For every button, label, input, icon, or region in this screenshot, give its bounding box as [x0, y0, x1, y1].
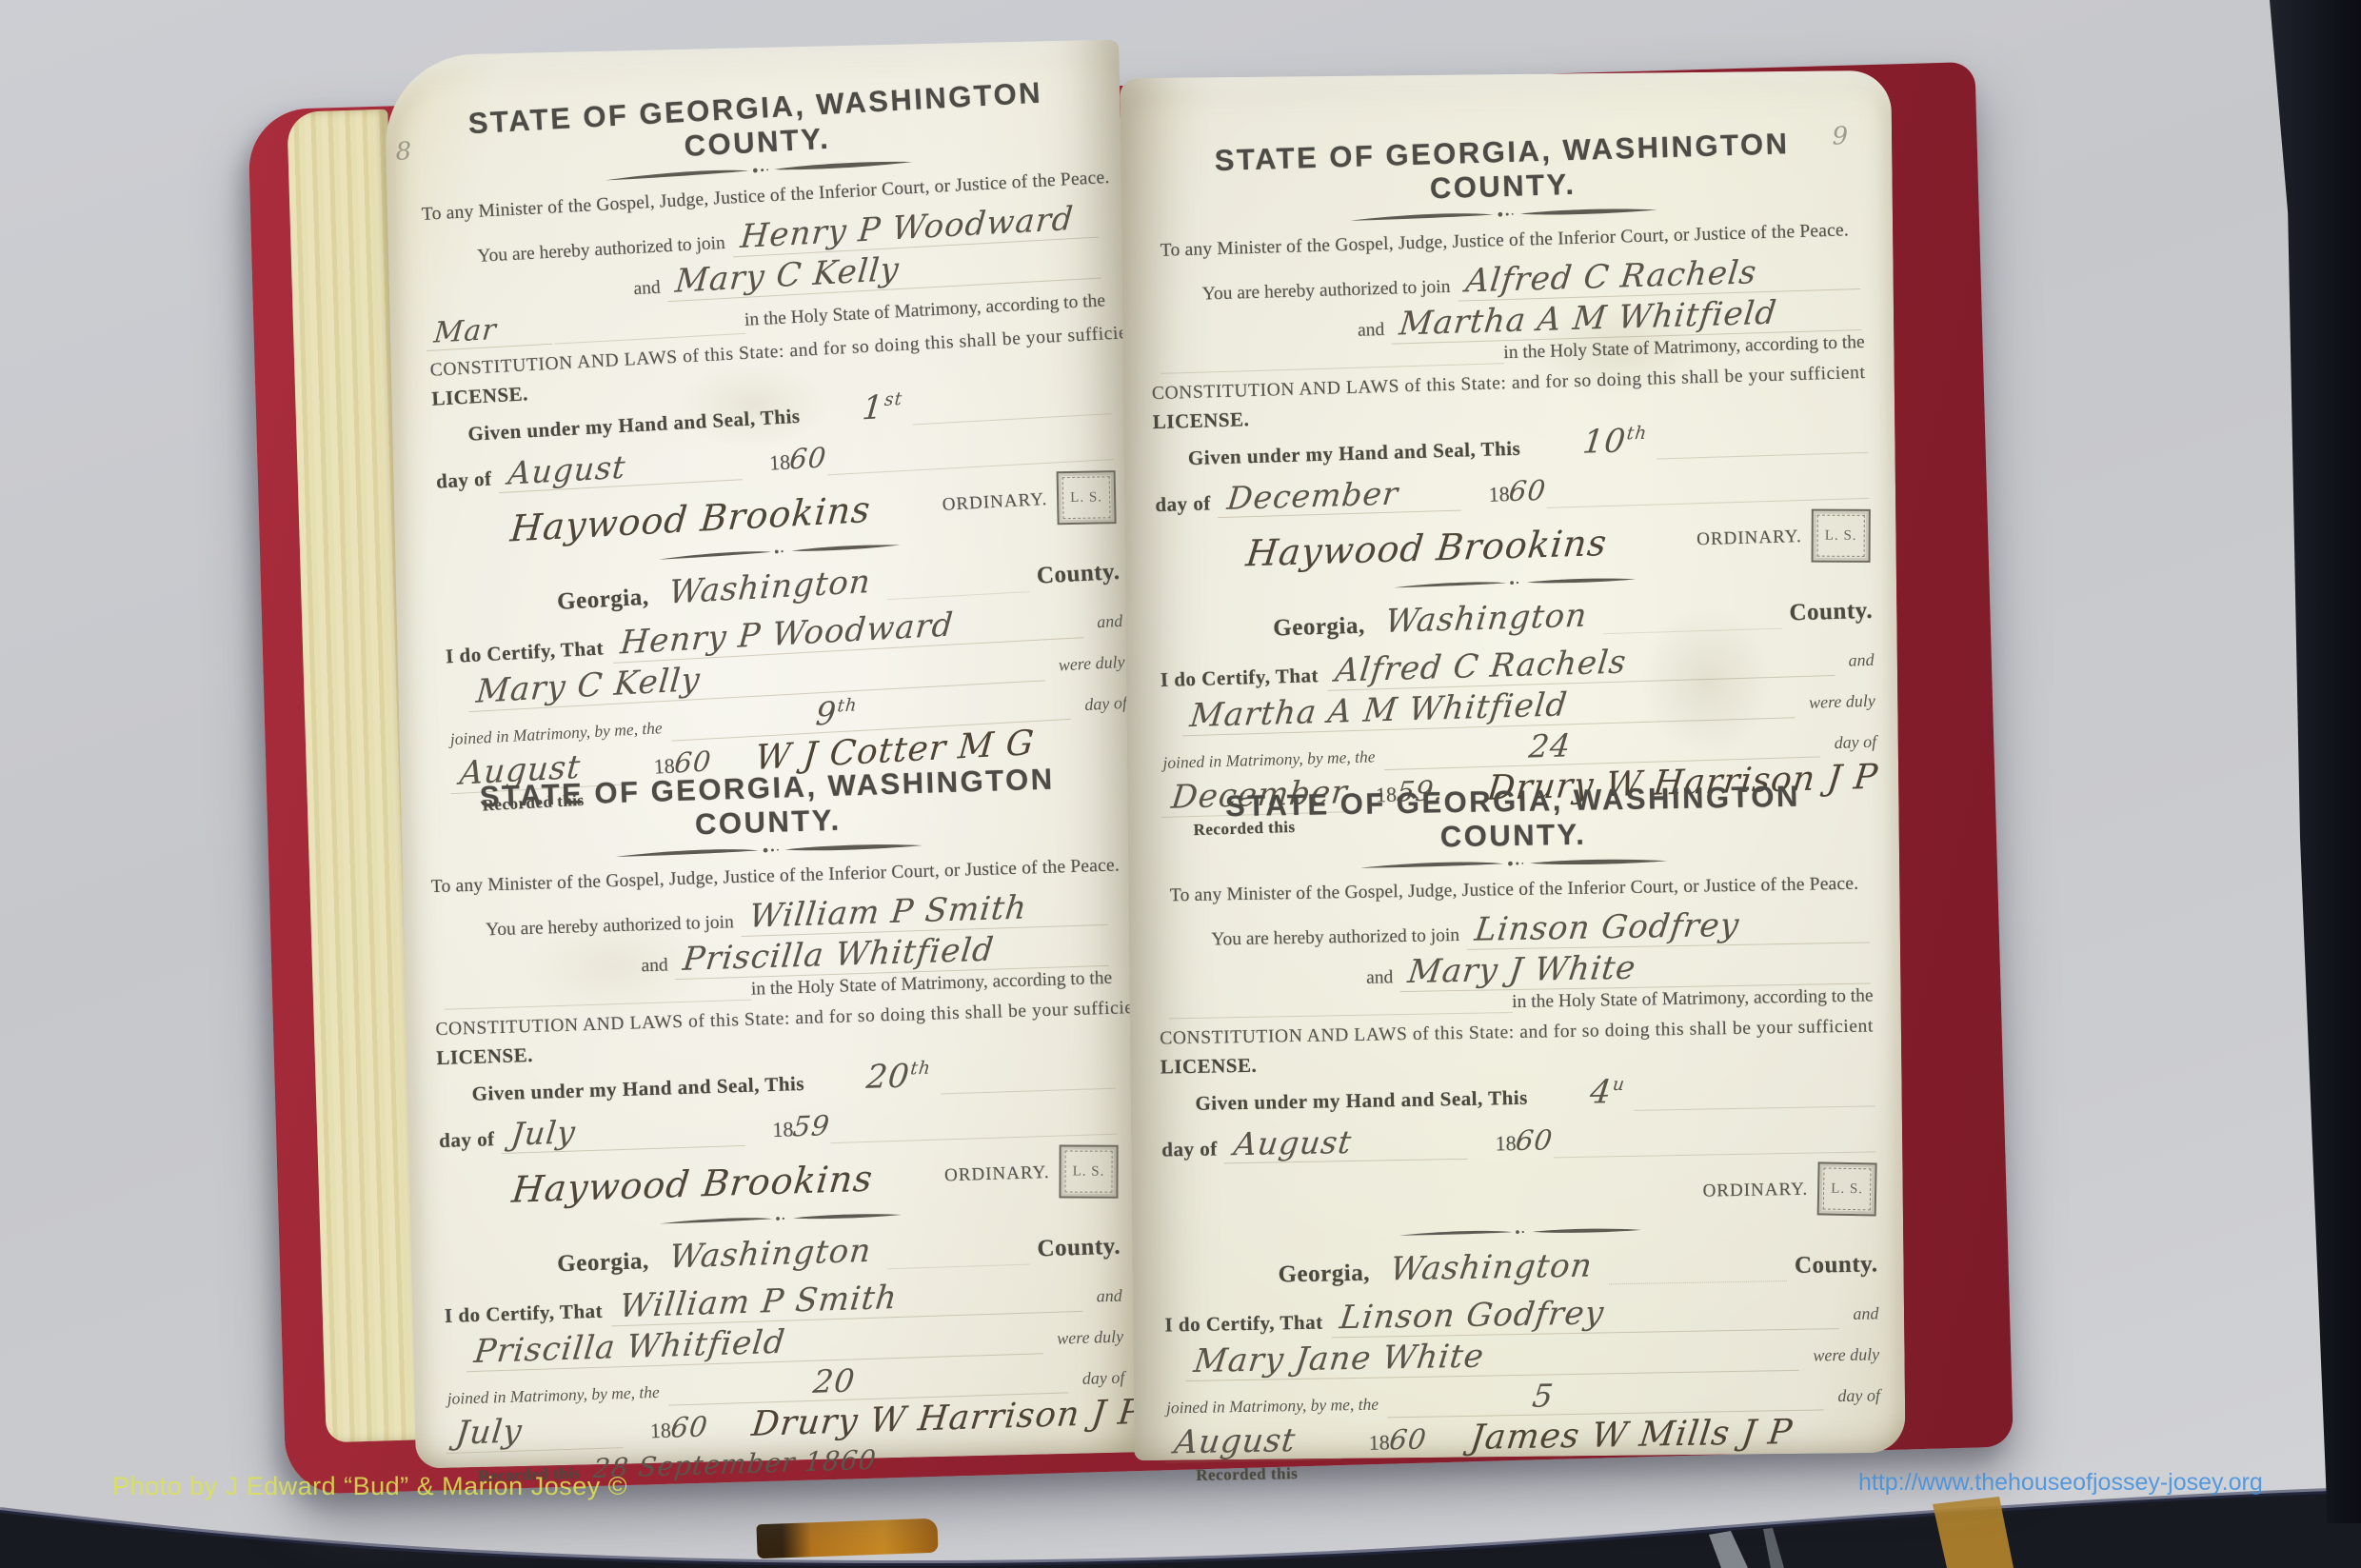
website-watermark: http://www.thehouseofjossey-josey.org — [1858, 1469, 2263, 1497]
county-label: County. — [1795, 1251, 1878, 1280]
ls-seal: L. S. — [1812, 509, 1871, 563]
blank-rule — [445, 996, 752, 1010]
record-slot: STATE OF GEORGIA, WASHINGTON COUNTY. To … — [1121, 131, 1892, 139]
day-of-right-label: day of — [1082, 1368, 1125, 1389]
georgia-label: Georgia, — [556, 585, 649, 616]
were-duly-label: were duly — [1813, 1344, 1879, 1365]
year-handwritten-suffix: 59 — [791, 1109, 832, 1142]
joined-label: joined in Matrimony, by me, the — [1162, 746, 1376, 773]
and-right-label: and — [1097, 611, 1123, 632]
seal-text: L. S. — [1825, 527, 1857, 544]
county-label: County. — [1037, 1234, 1121, 1263]
authorize-label: You are hereby authorized to join — [486, 912, 734, 941]
stray-handwriting: Mar — [427, 310, 555, 351]
license-year: 1860 — [1488, 474, 1547, 508]
photo-of-record-book: { "page_numbers": { "left": "8", "right"… — [0, 0, 2361, 1568]
were-duly-label: were duly — [1058, 652, 1125, 676]
marriage-license-record: STATE OF GEORGIA, WASHINGTON COUNTY. To … — [1144, 125, 1878, 841]
year-printed-prefix: 18 — [1368, 1430, 1389, 1454]
county-entry: Washington — [1376, 596, 1597, 641]
ordinary-label: ORDINARY. — [942, 489, 1048, 516]
ordinary-signature: Haywood Brookins — [438, 1155, 946, 1213]
license-day-number: 4 — [1588, 1073, 1615, 1111]
year-handwritten-suffix: 60 — [788, 441, 828, 475]
license-day-entry: 4u — [1578, 1073, 1637, 1112]
day-of-label: day of — [1161, 1137, 1218, 1161]
cert-day-number: 24 — [1527, 726, 1573, 764]
and-right-label: and — [1853, 1303, 1878, 1323]
blank-rule — [1547, 494, 1870, 508]
license-month-entry: December — [1218, 472, 1465, 518]
ls-seal: L. S. — [1059, 1145, 1118, 1199]
and-label: and — [633, 278, 661, 300]
ls-seal: L. S. — [1817, 1161, 1877, 1216]
ordinary-signature — [1162, 1192, 1702, 1201]
license-label: LICENSE. — [1152, 407, 1249, 434]
photo-credit-watermark: Photo by J Edward “Bud” & Marion Josey © — [112, 1472, 627, 1501]
address-line: To any Minister of the Gospel, Judge, Ju… — [1157, 873, 1871, 906]
license-day-entry: 20th — [856, 1056, 942, 1097]
year-printed-prefix: 18 — [649, 1418, 671, 1442]
county-label: County. — [1789, 598, 1873, 627]
cert-day-ordinal: th — [837, 695, 859, 716]
blank-rule — [831, 1130, 1118, 1143]
georgia-label: Georgia, — [557, 1248, 649, 1278]
certify-label: I do Certify, That — [445, 636, 604, 668]
seal-text: L. S. — [1070, 489, 1102, 506]
matrimony-line: in the Holy State of Matrimony, accordin… — [744, 290, 1105, 330]
blank-rule — [1554, 1147, 1876, 1158]
and-right-label: and — [1096, 1286, 1122, 1307]
license-label: LICENSE. — [1161, 1054, 1258, 1080]
county-entry: Washington — [660, 563, 880, 613]
bride-name-entry: Mary J White — [1400, 944, 1875, 992]
blank-rule — [1161, 359, 1504, 374]
dark-background-edge — [2209, 0, 2361, 1523]
license-month-entry: August — [500, 442, 746, 493]
year-handwritten-suffix: 60 — [669, 1410, 710, 1443]
authorize-label: You are hereby authorized to join — [1211, 925, 1459, 951]
marriage-license-record: STATE OF GEORGIA, WASHINGTON COUNTY. To … — [427, 761, 1127, 1489]
certify-label: I do Certify, That — [1164, 1311, 1323, 1338]
marriage-license-record: STATE OF GEORGIA, WASHINGTON COUNTY. To … — [416, 73, 1131, 817]
cert-month-entry: July — [446, 1409, 627, 1454]
record-slot: STATE OF GEORGIA, WASHINGTON COUNTY. To … — [385, 83, 1120, 100]
georgia-label: Georgia, — [1273, 613, 1365, 643]
small-orange-object — [756, 1518, 938, 1559]
year-handwritten-suffix: 60 — [1388, 1422, 1429, 1456]
county-entry: Washington — [1380, 1246, 1602, 1288]
year-printed-prefix: 18 — [772, 1117, 794, 1141]
license-day-number: 20 — [865, 1057, 913, 1097]
ordinary-label: ORDINARY. — [1702, 1180, 1808, 1202]
year-printed-prefix: 18 — [1495, 1131, 1516, 1155]
authorize-label: You are hereby authorized to join — [1202, 277, 1451, 306]
given-label: Given under my Hand and Seal, This — [1188, 437, 1521, 470]
seal-text: L. S. — [1831, 1181, 1863, 1198]
license-month-entry: July — [502, 1108, 749, 1154]
matrimony-line: in the Holy State of Matrimony, accordin… — [1512, 985, 1874, 1013]
cert-year: 1860 — [1368, 1422, 1426, 1456]
joined-label: joined in Matrimony, by me, the — [446, 1382, 660, 1409]
certify-label: I do Certify, That — [1161, 664, 1319, 692]
year-handwritten-suffix: 60 — [1508, 474, 1549, 507]
cert-day-number: 20 — [811, 1361, 857, 1400]
year-handwritten-suffix: 60 — [1515, 1123, 1556, 1157]
license-day-number: 1 — [861, 388, 885, 427]
license-day-entry: 1st — [851, 387, 913, 428]
license-day-ordinal: u — [1612, 1075, 1627, 1095]
cert-month-entry: August — [1164, 1420, 1346, 1462]
right-page[interactable]: 9 STATE OF GEORGIA, WASHINGTON COUNTY. T… — [1120, 70, 1905, 1460]
license-day-ordinal: st — [883, 389, 903, 410]
year-printed-prefix: 18 — [768, 449, 790, 474]
ordinary-label: ORDINARY. — [1696, 526, 1802, 550]
given-label: Given under my Hand and Seal, This — [467, 405, 801, 447]
blank-rule — [887, 1260, 1030, 1270]
officiant-signature: James W Mills J P — [1468, 1413, 1795, 1458]
certify-label: I do Certify, That — [445, 1300, 604, 1328]
ordinary-label: ORDINARY. — [944, 1162, 1050, 1186]
given-label: Given under my Hand and Seal, This — [471, 1072, 804, 1106]
license-year: 1859 — [772, 1109, 831, 1143]
ordinary-signature: Haywood Brookins — [1155, 519, 1699, 577]
were-duly-label: were duly — [1809, 691, 1875, 713]
license-day-entry: 10th — [1572, 421, 1658, 462]
day-of-right-label: day of — [1837, 1385, 1880, 1406]
blank-rule — [554, 329, 745, 345]
day-of-right-label: day of — [1084, 693, 1128, 715]
county-entry: Washington — [660, 1231, 881, 1276]
cert-day-number: 9 — [814, 694, 838, 732]
license-label: LICENSE. — [436, 1043, 533, 1070]
and-label: and — [1366, 967, 1394, 988]
marriage-license-record: STATE OF GEORGIA, WASHINGTON COUNTY. To … — [1156, 778, 1882, 1485]
and-label: and — [1358, 320, 1385, 342]
license-day-ordinal: th — [1626, 424, 1649, 445]
day-of-label: day of — [1155, 491, 1211, 517]
day-of-right-label: day of — [1834, 732, 1876, 753]
groom-name-entry: Linson Godfrey — [1466, 903, 1874, 949]
given-label: Given under my Hand and Seal, This — [1195, 1086, 1528, 1116]
and-label: and — [641, 955, 668, 977]
ls-seal: L. S. — [1057, 470, 1117, 525]
blank-rule — [887, 587, 1030, 600]
cert-day-number: 5 — [1531, 1377, 1557, 1414]
license-label: LICENSE. — [431, 382, 529, 410]
blank-rule — [1657, 448, 1868, 460]
blank-rule — [941, 1084, 1116, 1095]
license-year: 1860 — [1495, 1123, 1553, 1157]
and-right-label: and — [1848, 650, 1875, 671]
record-book: 8 STATE OF GEORGIA, WASHINGTON COUNTY. T… — [162, 19, 2028, 1523]
blank-rule — [1603, 625, 1782, 635]
year-printed-prefix: 18 — [1488, 482, 1510, 506]
record-heading: STATE OF GEORGIA, WASHINGTON COUNTY. — [1156, 778, 1871, 859]
cert-year: 1860 — [649, 1410, 708, 1444]
license-day-number: 10 — [1581, 422, 1629, 461]
license-day-ordinal: th — [910, 1059, 933, 1080]
blank-rule — [1608, 1277, 1787, 1284]
day-of-label: day of — [439, 1127, 495, 1153]
left-page[interactable]: 8 STATE OF GEORGIA, WASHINGTON COUNTY. T… — [384, 39, 1150, 1468]
georgia-label: Georgia, — [1278, 1260, 1370, 1289]
county-label: County. — [1036, 559, 1121, 590]
day-of-label: day of — [436, 466, 493, 493]
blank-rule — [1169, 1008, 1513, 1019]
license-month-entry: August — [1224, 1121, 1473, 1164]
cert-day-entry: 5 — [1388, 1372, 1829, 1418]
seal-text: L. S. — [1073, 1163, 1105, 1180]
were-duly-label: were duly — [1057, 1327, 1123, 1349]
license-year: 1860 — [768, 441, 828, 476]
cert-groom-entry: Linson Godfrey — [1332, 1290, 1844, 1338]
joined-label: joined in Matrimony, by me, the — [1166, 1395, 1379, 1419]
recorded-label: Recorded this — [1196, 1464, 1298, 1485]
blank-rule — [1635, 1102, 1875, 1110]
page-number-left: 8 — [395, 137, 411, 166]
